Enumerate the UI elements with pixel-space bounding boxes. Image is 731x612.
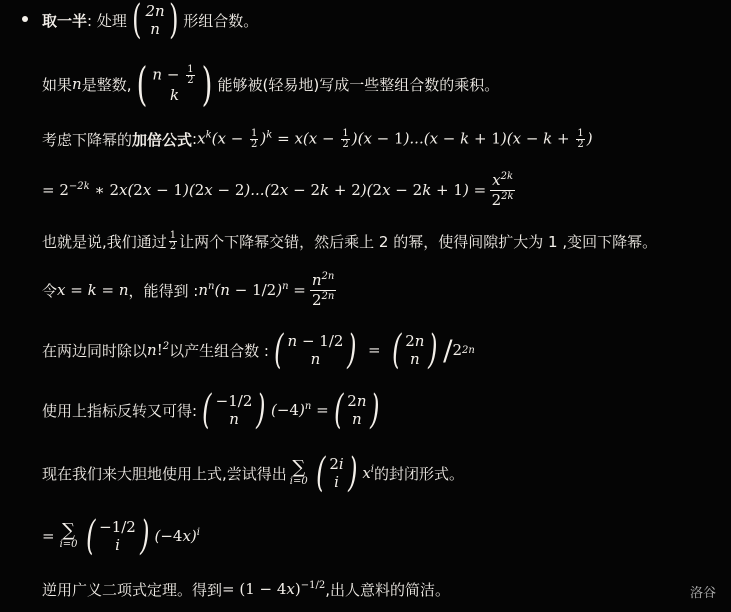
formula: nn(n − 1/2)n = (198, 281, 306, 299)
text: 形组合数。 (183, 10, 258, 31)
formula: (−4x)i (154, 527, 200, 545)
line-upper-negation: 使用上指标反转又可得: (−1/2n) (−4)n = (2nn) (42, 385, 385, 435)
summation: ∑i=0 (290, 459, 308, 487)
line-expansion: = 2−2k ∗ 2x(2x − 1)(2x − 2)...(2x − 2k +… (42, 168, 515, 212)
text: ，能得到 : (128, 280, 198, 301)
binomial: (−1/2n) (199, 387, 269, 433)
line-take-half: 取一半 : 处理 (2nn) 形组合数。 (42, 0, 258, 42)
list-bullet (22, 16, 28, 22)
binomial: (2nn) (331, 387, 383, 433)
text: 也就是说,我们通过 (42, 231, 167, 252)
text: 令 (42, 280, 57, 301)
text: 能够被(轻易地)写成一些整组合数的乘积。 (218, 74, 500, 95)
line-divide: 在两边同时除以 n!2 以产生组合数 : (n − 1/2n) = (2nn) … (42, 325, 475, 375)
text: 考虑下降幂的 (42, 129, 132, 150)
line-explanation: 也就是说,我们通过 12 让两个下降幂交错，然后乘上 2 的幂，使得间隙扩大为 … (42, 228, 657, 254)
text: 让两个下降幂交错，然后乘上 2 的幂，使得间隙扩大为 1 ,变回下降幂。 (179, 231, 657, 252)
formula: = (1 − 4x)−1/2 (222, 580, 325, 598)
summation: ∑i=0 (60, 522, 78, 550)
bold-term: 取一半 (42, 10, 87, 31)
binomial: (−1/2i) (83, 513, 153, 559)
formula: xk(x − 12)k = x(x − 12)(x − 1)...(x − k … (197, 129, 593, 150)
binomial: (2nn) (129, 0, 181, 43)
formula: n!2 (147, 341, 169, 359)
text: 的封闭形式。 (374, 463, 464, 484)
text: ,出人意料的简洁。 (325, 579, 450, 600)
line-sum-rewrite: = ∑i=0 (−1/2i) (−4x)i (42, 510, 200, 562)
text: : 处理 (87, 10, 127, 31)
binomial: (2nn) (389, 327, 441, 373)
line-doubling-formula: 考虑下降幂的加倍公式 : xk(x − 12)k = x(x − 12)(x −… (42, 126, 593, 152)
fraction: n2n22n (310, 271, 336, 309)
text: 逆用广义二项式定理。得到 (42, 579, 222, 600)
text: 是整数, (82, 74, 132, 95)
line-conclusion: 逆用广义二项式定理。得到 = (1 − 4x)−1/2 ,出人意料的简洁。 (42, 576, 450, 602)
text: 在两边同时除以 (42, 340, 147, 361)
text: 以产生组合数 : (169, 340, 269, 361)
formula: x = k = n (57, 281, 128, 299)
text: 使用上指标反转又可得: (42, 400, 197, 421)
fraction: 12 (169, 231, 177, 252)
binomial: (n − 1/2n) (271, 327, 360, 373)
fraction: x2k22k (490, 171, 515, 209)
luogu-watermark: 洛谷 (690, 582, 716, 601)
line-substitute: 令 x = k = n ，能得到 : nn(n − 1/2)n = n2n22n (42, 268, 336, 312)
bold-term: 加倍公式 (132, 129, 192, 150)
formula: = 2−2k ∗ 2x(2x − 1)(2x − 2)...(2x − 2k +… (42, 181, 486, 199)
formula: (−4)n = (271, 401, 329, 419)
binomial: (2ii) (313, 450, 361, 496)
math-var: n (72, 75, 82, 93)
text: 现在我们来大胆地使用上式,尝试得出 (42, 463, 287, 484)
line-generating-function: 现在我们来大胆地使用上式,尝试得出 ∑i=0 (2ii) xi 的封闭形式。 (42, 448, 464, 498)
line-integer-n: 如果 n 是整数, (n − 12k) 能够被(轻易地)写成一些整组合数的乘积。 (42, 56, 499, 112)
binomial: (n − 12k) (133, 57, 215, 111)
text: 如果 (42, 74, 72, 95)
formula: xi (362, 464, 374, 482)
